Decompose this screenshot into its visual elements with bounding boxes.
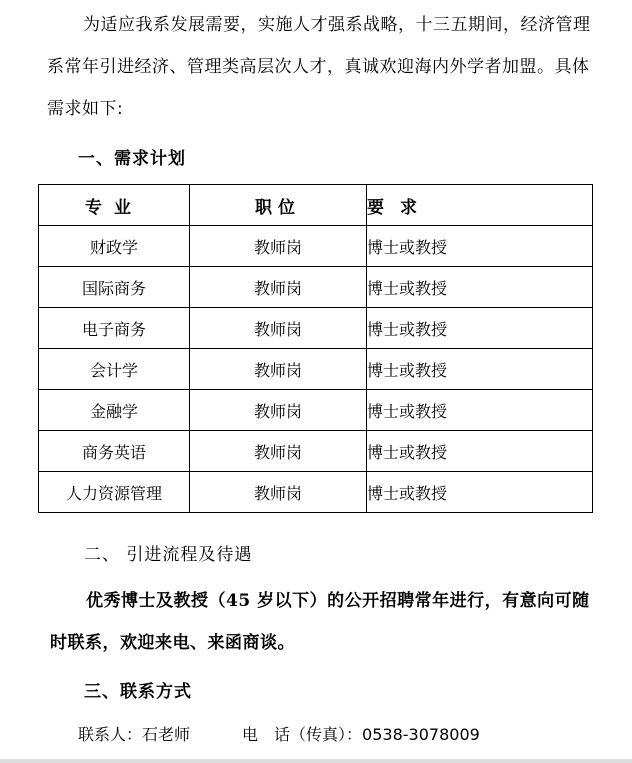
cell-major: 财政学 — [39, 226, 190, 267]
cell-major: 金融学 — [39, 390, 190, 431]
header-major: 专业 — [39, 185, 190, 226]
table-row: 商务英语 教师岗 博士或教授 — [39, 431, 593, 472]
header-requirement: 要求 — [367, 185, 593, 226]
cell-requirement: 博士或教授 — [367, 472, 593, 513]
cell-requirement: 博士或教授 — [367, 308, 593, 349]
cell-major: 人力资源管理 — [39, 472, 190, 513]
cell-requirement: 博士或教授 — [367, 390, 593, 431]
table-header-row: 专业 职位 要求 — [39, 185, 593, 226]
table-row: 电子商务 教师岗 博士或教授 — [39, 308, 593, 349]
cell-position: 教师岗 — [190, 267, 367, 308]
table-row: 财政学 教师岗 博士或教授 — [39, 226, 593, 267]
cell-position: 教师岗 — [190, 349, 367, 390]
table-row: 国际商务 教师岗 博士或教授 — [39, 267, 593, 308]
section-heading-demand-plan: 一、需求计划 — [78, 144, 186, 169]
table-row: 人力资源管理 教师岗 博士或教授 — [39, 472, 593, 513]
phone-label: 电 话（传真）： — [242, 725, 362, 744]
cell-position: 教师岗 — [190, 472, 367, 513]
cell-major: 电子商务 — [39, 308, 190, 349]
page-bottom-edge — [0, 759, 632, 763]
cell-requirement: 博士或教授 — [367, 349, 593, 390]
table-row: 会计学 教师岗 博士或教授 — [39, 349, 593, 390]
cell-major: 会计学 — [39, 349, 190, 390]
process-paragraph: 优秀博士及教授（45 岁以下）的公开招聘常年进行，有意向可随时联系，欢迎来电、来… — [50, 580, 595, 664]
header-position: 职位 — [190, 185, 367, 226]
cell-position: 教师岗 — [190, 390, 367, 431]
contact-label: 联系人： — [78, 725, 142, 744]
demand-plan-table: 专业 职位 要求 财政学 教师岗 博士或教授 国际商务 教师岗 博士或教授 电子… — [38, 184, 593, 513]
cell-position: 教师岗 — [190, 226, 367, 267]
cell-position: 教师岗 — [190, 431, 367, 472]
cell-requirement: 博士或教授 — [367, 226, 593, 267]
cell-requirement: 博士或教授 — [367, 431, 593, 472]
section-heading-contact: 三、联系方式 — [84, 677, 192, 702]
intro-paragraph: 为适应我系发展需要，实施人才强系战略，十三五期间，经济管理系常年引进经济、管理类… — [47, 4, 592, 130]
table-row: 金融学 教师岗 博士或教授 — [39, 390, 593, 431]
cell-major: 商务英语 — [39, 431, 190, 472]
cell-requirement: 博士或教授 — [367, 267, 593, 308]
cell-major: 国际商务 — [39, 267, 190, 308]
section-heading-process-benefits: 二、 引进流程及待遇 — [84, 540, 252, 565]
contact-line: 联系人：石老师电 话（传真）：0538-3078009 — [78, 722, 480, 745]
cell-position: 教师岗 — [190, 308, 367, 349]
contact-name: 石老师 — [142, 725, 190, 744]
phone-number: 0538-3078009 — [362, 725, 480, 744]
